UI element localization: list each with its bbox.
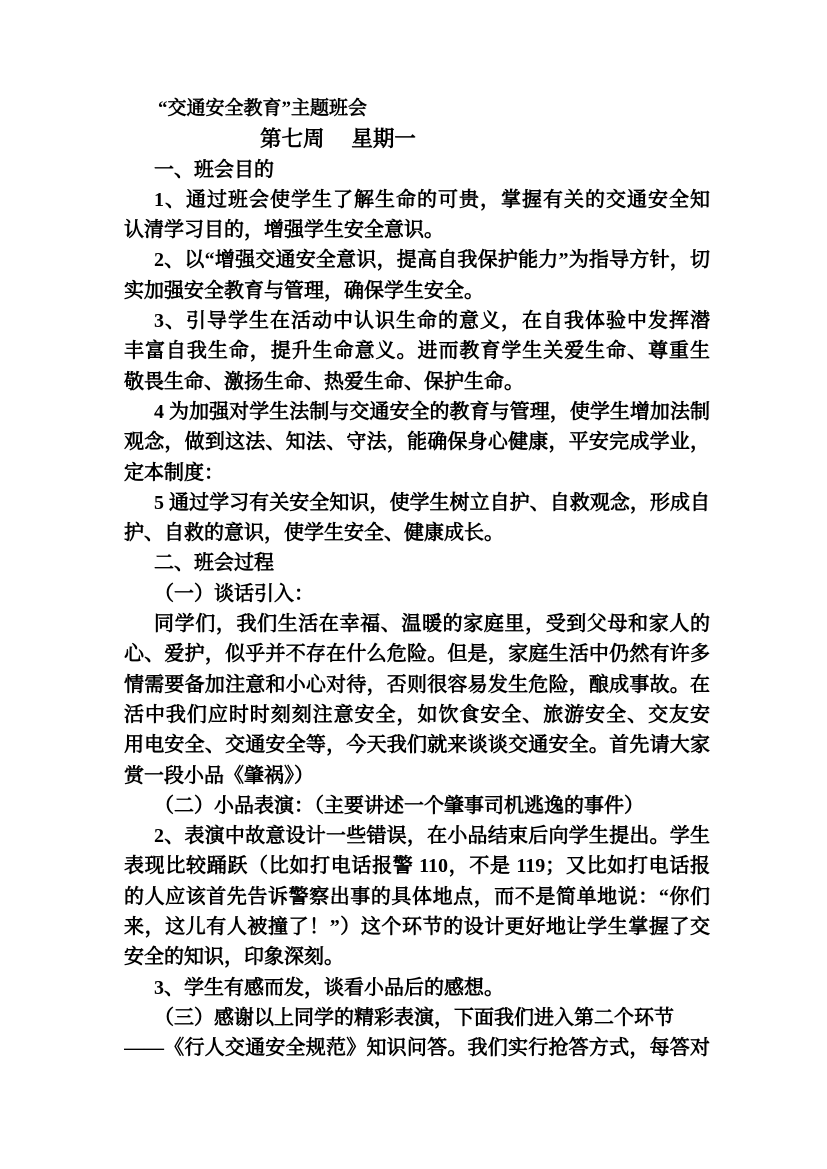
body-line: 丰富自我生命，提升生命意义。进而教育学生关爱生命、尊重生命、 (124, 336, 710, 366)
body-line: 3、引导学生在活动中认识生命的意义，在自我体验中发挥潜能， (124, 306, 710, 336)
body-line: ——《行人交通安全规范》知识问答。我们实行抢答方式，每答对 1 (124, 1033, 710, 1063)
document-page: “交通安全教育”主题班会第七周 星期一一、班会目的1、通过班会使学生了解生命的可… (0, 0, 827, 1169)
body-line: 实加强安全教育与管理，确保学生安全。 (124, 276, 710, 306)
body-line: 活中我们应时时刻刻注意安全，如饮食安全、旅游安全、交友安全、 (124, 700, 710, 730)
body-line: 用电安全、交通安全等，今天我们就来谈谈交通安全。首先请大家欣 (124, 730, 710, 760)
body-line: 情需要备加注意和小心对待，否则很容易发生危险，酿成事故。在生 (124, 670, 710, 700)
body-line: 观念，做到这法、知法、守法，能确保身心健康，平安完成学业，制 (124, 427, 710, 457)
body-line: 定本制度： (124, 458, 710, 488)
body-line: 认清学习目的，增强学生安全意识。 (124, 215, 710, 245)
body-line: 护、自救的意识，使学生安全、健康成长。 (124, 518, 710, 548)
sub-heading: （三）感谢以上同学的精彩表演，下面我们进入第二个环节 (124, 1003, 710, 1033)
body-line: 2、表演中故意设计一些错误，在小品结束后向学生提出。学生 (124, 821, 710, 851)
body-line: 心、爱护，似乎并不存在什么危险。但是，家庭生活中仍然有许多事 (124, 639, 710, 669)
body-line: 2、以“增强交通安全意识，提高自我保护能力”为指导方针，切 (124, 245, 710, 275)
section-heading: 一、班会目的 (124, 155, 710, 185)
body-line: 的人应该首先告诉警察出事的具体地点，而不是简单地说：“你们快 (124, 882, 710, 912)
body-line: 赏一段小品《肇祸》） (124, 761, 710, 791)
body-line: 表现比较踊跃（比如打电话报警 110，不是 119；又比如打电话报警 (124, 851, 710, 881)
sub-heading: （一）谈话引入： (124, 579, 710, 609)
body-line: 安全的知识，印象深刻。 (124, 942, 710, 972)
body-line: 3、学生有感而发，谈看小品后的感想。 (124, 973, 710, 1003)
doc-title: “交通安全教育”主题班会 (124, 94, 710, 124)
sub-heading: （二）小品表演：（主要讲述一个肇事司机逃逸的事件） (124, 791, 710, 821)
body-line: 来，这儿有人被撞了！”）这个环节的设计更好地让学生掌握了交通 (124, 912, 710, 942)
body-line: 敬畏生命、激扬生命、热爱生命、保护生命。 (124, 367, 710, 397)
body-line: 1、通过班会使学生了解生命的可贵，掌握有关的交通安全知识， (124, 185, 710, 215)
doc-subtitle: 第七周 星期一 (124, 124, 710, 154)
section-heading: 二、班会过程 (124, 548, 710, 578)
body-line: 4 为加强对学生法制与交通安全的教育与管理，使学生增加法制 (124, 397, 710, 427)
body-line: 同学们，我们生活在幸福、温暖的家庭里，受到父母和家人的关 (124, 609, 710, 639)
body-line: 5 通过学习有关安全知识，使学生树立自护、自救观念，形成自 (124, 488, 710, 518)
document-content: “交通安全教育”主题班会第七周 星期一一、班会目的1、通过班会使学生了解生命的可… (124, 94, 710, 1064)
